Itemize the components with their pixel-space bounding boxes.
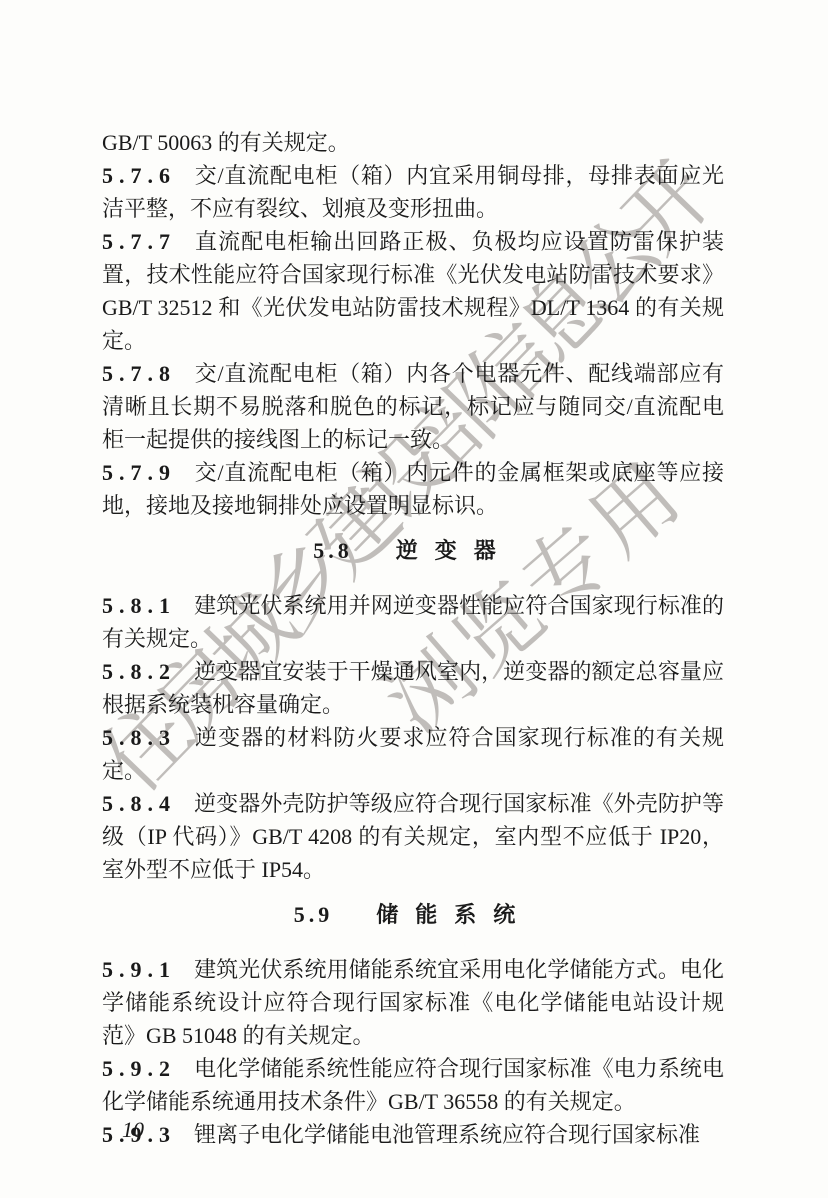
- clause-5-7-8: 5.7.8交/直流配电柜（箱）内各个电器元件、配线端部应有清晰且长期不易脱落和脱…: [102, 357, 724, 456]
- clause-number: 5.9.1: [102, 957, 176, 982]
- clause-text: 交/直流配电柜（箱）内宜采用铜母排，母排表面应光洁平整，不应有裂纹、划痕及变形扭…: [102, 163, 724, 221]
- clause-text: 建筑光伏系统用储能系统宜采用电化学储能方式。电化学储能系统设计应符合现行国家标准…: [102, 957, 724, 1048]
- clause-text: 锂离子电化学储能电池管理系统应符合现行国家标准: [194, 1122, 700, 1147]
- clause-number: 5.9.2: [102, 1056, 176, 1081]
- document-page: 住房城乡建设部信息公开 浏览专用 GB/T 50063 的有关规定。 5.7.6…: [0, 0, 828, 1198]
- clause-text: 逆变器宜安装于干燥通风室内，逆变器的额定总容量应根据系统装机容量确定。: [102, 659, 724, 717]
- section-heading-5-9: 5.9储能系统: [102, 898, 724, 931]
- clause-5-9-3: 5.9.3锂离子电化学储能电池管理系统应符合现行国家标准: [102, 1118, 724, 1151]
- clause-text: 交/直流配电柜（箱）内元件的金属框架或底座等应接地，接地及接地铜排处应设置明显标…: [102, 460, 724, 518]
- clause-5-7-6: 5.7.6交/直流配电柜（箱）内宜采用铜母排，母排表面应光洁平整，不应有裂纹、划…: [102, 159, 724, 225]
- section-number: 5.8: [313, 538, 353, 563]
- continued-paragraph: GB/T 50063 的有关规定。: [102, 126, 724, 159]
- clause-number: 5.7.6: [102, 163, 176, 188]
- section-number: 5.9: [294, 902, 334, 927]
- clause-text: 交/直流配电柜（箱）内各个电器元件、配线端部应有清晰且长期不易脱落和脱色的标记，…: [102, 361, 724, 452]
- clause-number: 5.7.8: [102, 361, 176, 386]
- clause-number: 5.8.4: [102, 791, 176, 816]
- clause-5-9-2: 5.9.2电化学储能系统性能应符合现行国家标准《电力系统电化学储能系统通用技术条…: [102, 1052, 724, 1118]
- clause-5-7-9: 5.7.9交/直流配电柜（箱）内元件的金属框架或底座等应接地，接地及接地铜排处应…: [102, 456, 724, 522]
- paragraph-text: GB/T 50063 的有关规定。: [102, 130, 350, 155]
- section-title: 储能系统: [359, 902, 532, 927]
- clause-5-8-2: 5.8.2逆变器宜安装于干燥通风室内，逆变器的额定总容量应根据系统装机容量确定。: [102, 655, 724, 721]
- clause-number: 5.7.7: [102, 229, 176, 254]
- clause-5-9-1: 5.9.1建筑光伏系统用储能系统宜采用电化学储能方式。电化学储能系统设计应符合现…: [102, 953, 724, 1052]
- clause-text: 电化学储能系统性能应符合现行国家标准《电力系统电化学储能系统通用技术条件》GB/…: [102, 1056, 724, 1114]
- clause-text: 建筑光伏系统用并网逆变器性能应符合国家现行标准的有关规定。: [102, 593, 724, 651]
- clause-5-8-1: 5.8.1建筑光伏系统用并网逆变器性能应符合国家现行标准的有关规定。: [102, 589, 724, 655]
- page-body-text: GB/T 50063 的有关规定。 5.7.6交/直流配电柜（箱）内宜采用铜母排…: [102, 126, 724, 1151]
- clause-text: 逆变器的材料防火要求应符合国家现行标准的有关规定。: [102, 725, 724, 783]
- section-title: 逆变器: [379, 538, 513, 563]
- clause-5-7-7: 5.7.7直流配电柜输出回路正极、负极均应设置防雷保护装置，技术性能应符合国家现…: [102, 225, 724, 357]
- clause-5-8-4: 5.8.4逆变器外壳防护等级应符合现行国家标准《外壳防护等级（IP 代码）》GB…: [102, 787, 724, 886]
- clause-number: 5.8.1: [102, 593, 176, 618]
- section-heading-5-8: 5.8逆变器: [102, 534, 724, 567]
- clause-number: 5.7.9: [102, 460, 176, 485]
- clause-text: 逆变器外壳防护等级应符合现行国家标准《外壳防护等级（IP 代码）》GB/T 42…: [102, 791, 724, 882]
- clause-number: 5.8.3: [102, 725, 176, 750]
- clause-number: 5.8.2: [102, 659, 176, 684]
- clause-5-8-3: 5.8.3逆变器的材料防火要求应符合国家现行标准的有关规定。: [102, 721, 724, 787]
- page-number: 10: [122, 1116, 144, 1144]
- clause-text: 直流配电柜输出回路正极、负极均应设置防雷保护装置，技术性能应符合国家现行标准《光…: [102, 229, 724, 353]
